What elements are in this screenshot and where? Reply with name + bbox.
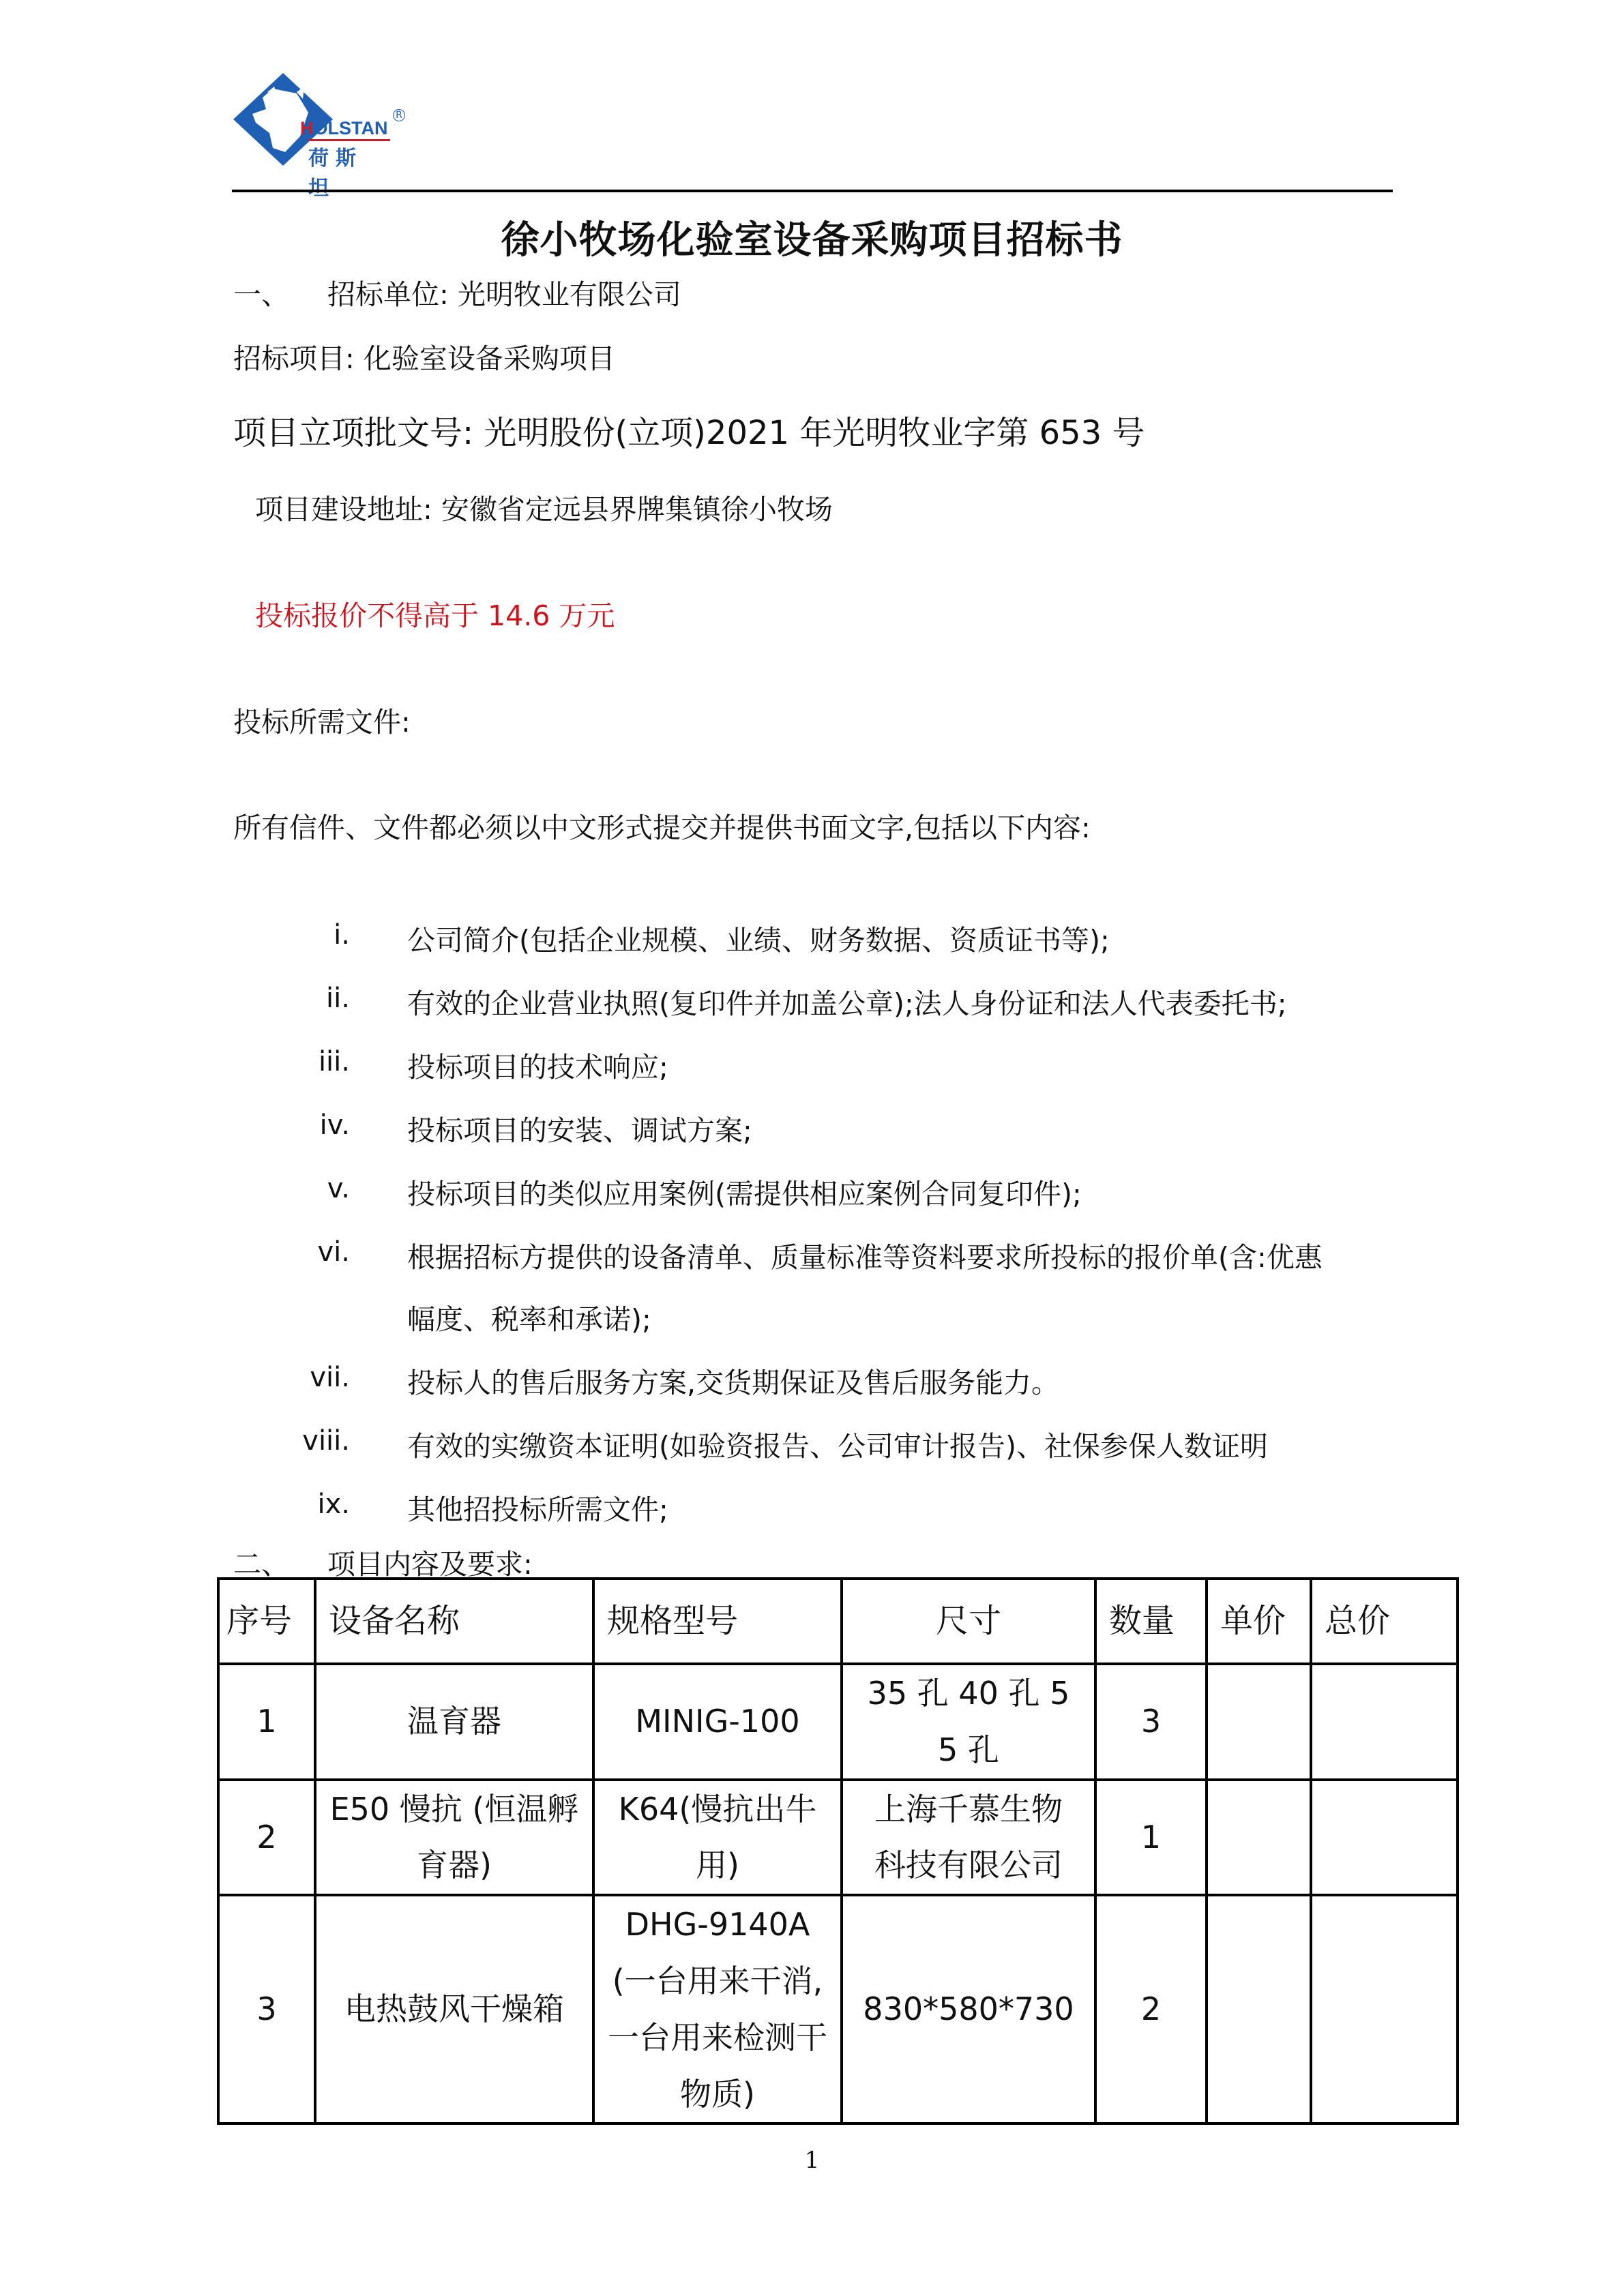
approval-number-line: 项目立项批文号: 光明股份(立项)2021 年光明牧业字第 653 号: [233, 406, 1145, 453]
cell-no: 3: [218, 1895, 315, 2123]
cell-name: 温育器: [315, 1664, 593, 1780]
table-row: 2 E50 慢抗 (恒温孵育器) K64(慢抗出牛用) 上海千慕生物科技有限公司…: [218, 1780, 1458, 1896]
list-item: 投标项目的类似应用案例(需提供相应案例合同复印件);: [407, 1172, 1082, 1212]
list-item-number: iv.: [268, 1109, 350, 1141]
brand-initial: H: [300, 118, 314, 138]
list-item-number: ix.: [268, 1489, 350, 1520]
section-2-number: 二、: [233, 1548, 289, 1581]
cell-size-text: 上海千慕生物科技有限公司: [843, 1781, 1094, 1894]
brand-name-en: HOLSTAN: [300, 118, 388, 139]
holstan-logo: HOLSTAN 荷斯坦 R: [232, 72, 389, 167]
list-item-number: i.: [268, 919, 350, 951]
list-item: 根据招标方提供的设备清单、质量标准等资料要求所投标的报价单(含:优惠: [407, 1235, 1323, 1275]
cell-no: 1: [218, 1664, 315, 1780]
list-item-number: ii.: [268, 983, 350, 1014]
cell-size: 35 孔 40 孔 55 孔: [842, 1664, 1095, 1780]
cell-qty: 3: [1095, 1664, 1207, 1780]
list-item-number: v.: [268, 1173, 350, 1204]
cell-name: 电热鼓风干燥箱: [315, 1895, 593, 2123]
cell-no: 2: [218, 1780, 315, 1896]
cell-size: 830*580*730: [842, 1895, 1095, 2123]
header-size: 尺寸: [842, 1579, 1095, 1664]
cell-size: 上海千慕生物科技有限公司: [842, 1780, 1095, 1896]
page-number: 1: [0, 2147, 1624, 2174]
header-no: 序号: [218, 1579, 315, 1664]
tender-unit-value: 光明牧业有限公司: [458, 278, 681, 311]
section-1-number: 一、: [233, 278, 289, 311]
section-1-heading: 一、招标单位: 光明牧业有限公司: [233, 281, 681, 309]
tender-project-line: 招标项目: 化验室设备采购项目: [233, 345, 615, 373]
cell-total-price: [1311, 1664, 1458, 1780]
list-item: 投标项目的技术响应;: [407, 1045, 668, 1085]
cell-unit-price: [1207, 1895, 1311, 2123]
cell-model-text: K64(慢抗出牛用): [595, 1781, 840, 1894]
section-2-heading: 二、项目内容及要求:: [233, 1551, 533, 1579]
list-item-number: iii.: [268, 1046, 350, 1077]
list-item-number: vii.: [268, 1362, 350, 1393]
approval-number-value: 光明股份(立项)2021 年光明牧业字第 653 号: [484, 414, 1145, 452]
list-item: 投标项目的安装、调试方案;: [407, 1108, 752, 1148]
brand-rest: OLSTAN: [314, 118, 388, 138]
section-2-label: 项目内容及要求:: [327, 1548, 533, 1581]
header-qty: 数量: [1095, 1579, 1207, 1664]
price-cap-notice: 投标报价不得高于 14.6 万元: [255, 602, 615, 630]
cell-total-price: [1311, 1780, 1458, 1896]
list-item: 公司简介(包括企业规模、业绩、财务数据、资质证书等);: [407, 918, 1110, 958]
tender-unit-label: 招标单位:: [327, 278, 449, 311]
cell-name-text: 温育器: [316, 1693, 592, 1750]
cell-name-text: 电热鼓风干燥箱: [316, 1981, 592, 2038]
list-item-number: viii.: [268, 1425, 350, 1457]
list-item-continuation: 幅度、税率和承诺);: [407, 1297, 651, 1337]
address-label: 项目建设地址:: [255, 493, 432, 526]
address-value: 安徽省定远县界牌集镇徐小牧场: [441, 493, 833, 526]
required-docs-heading: 投标所需文件:: [233, 709, 411, 736]
cell-size-text: 830*580*730: [843, 1981, 1094, 2038]
cell-model-text: MINIG-100: [595, 1693, 840, 1750]
cell-size-text: 35 孔 40 孔 55 孔: [843, 1665, 1094, 1778]
equipment-table: 序号 设备名称 规格型号 尺寸 数量 单价 总价 1 温育器 MINIG-100…: [217, 1577, 1459, 2125]
tender-project-label: 招标项目:: [233, 342, 355, 375]
document-title: 徐小牧场化验室设备采购项目招标书: [0, 210, 1624, 265]
cell-model-text: DHG-9140A(一台用来干消,一台用来检测干物质): [595, 1896, 840, 2122]
cell-model: K64(慢抗出牛用): [593, 1780, 842, 1896]
list-item-number: vi.: [268, 1236, 350, 1268]
header-model: 规格型号: [593, 1579, 842, 1664]
list-item: 其他招投标所需文件;: [407, 1487, 668, 1527]
registered-trademark-icon: R: [393, 109, 405, 121]
header-name: 设备名称: [315, 1579, 593, 1664]
cell-name-text: E50 慢抗 (恒温孵育器): [316, 1781, 592, 1894]
table-row: 1 温育器 MINIG-100 35 孔 40 孔 55 孔 3: [218, 1664, 1458, 1780]
address-line: 项目建设地址: 安徽省定远县界牌集镇徐小牧场: [255, 496, 833, 524]
cell-model: DHG-9140A(一台用来干消,一台用来检测干物质): [593, 1895, 842, 2123]
cell-model: MINIG-100: [593, 1664, 842, 1780]
header-unit-price: 单价: [1207, 1579, 1311, 1664]
cell-name: E50 慢抗 (恒温孵育器): [315, 1780, 593, 1896]
list-item: 有效的实缴资本证明(如验资报告、公司审计报告)、社保参保人数证明: [407, 1424, 1268, 1464]
table-header-row: 序号 设备名称 规格型号 尺寸 数量 单价 总价: [218, 1579, 1458, 1664]
list-item: 投标人的售后服务方案,交货期保证及售后服务能力。: [407, 1360, 1059, 1401]
tender-project-value: 化验室设备采购项目: [364, 342, 615, 375]
cell-unit-price: [1207, 1664, 1311, 1780]
cell-qty: 1: [1095, 1780, 1207, 1896]
cell-total-price: [1311, 1895, 1458, 2123]
list-item: 有效的企业营业执照(复印件并加盖公章);法人身份证和法人代表委托书;: [407, 981, 1287, 1022]
cell-unit-price: [1207, 1780, 1311, 1896]
submission-intro: 所有信件、文件都必须以中文形式提交并提供书面文字,包括以下内容:: [233, 814, 1091, 842]
header-divider: [232, 190, 1393, 192]
cell-qty: 2: [1095, 1895, 1207, 2123]
header-total-price: 总价: [1311, 1579, 1458, 1664]
table-row: 3 电热鼓风干燥箱 DHG-9140A(一台用来干消,一台用来检测干物质) 83…: [218, 1895, 1458, 2123]
approval-number-label: 项目立项批文号:: [233, 414, 473, 452]
